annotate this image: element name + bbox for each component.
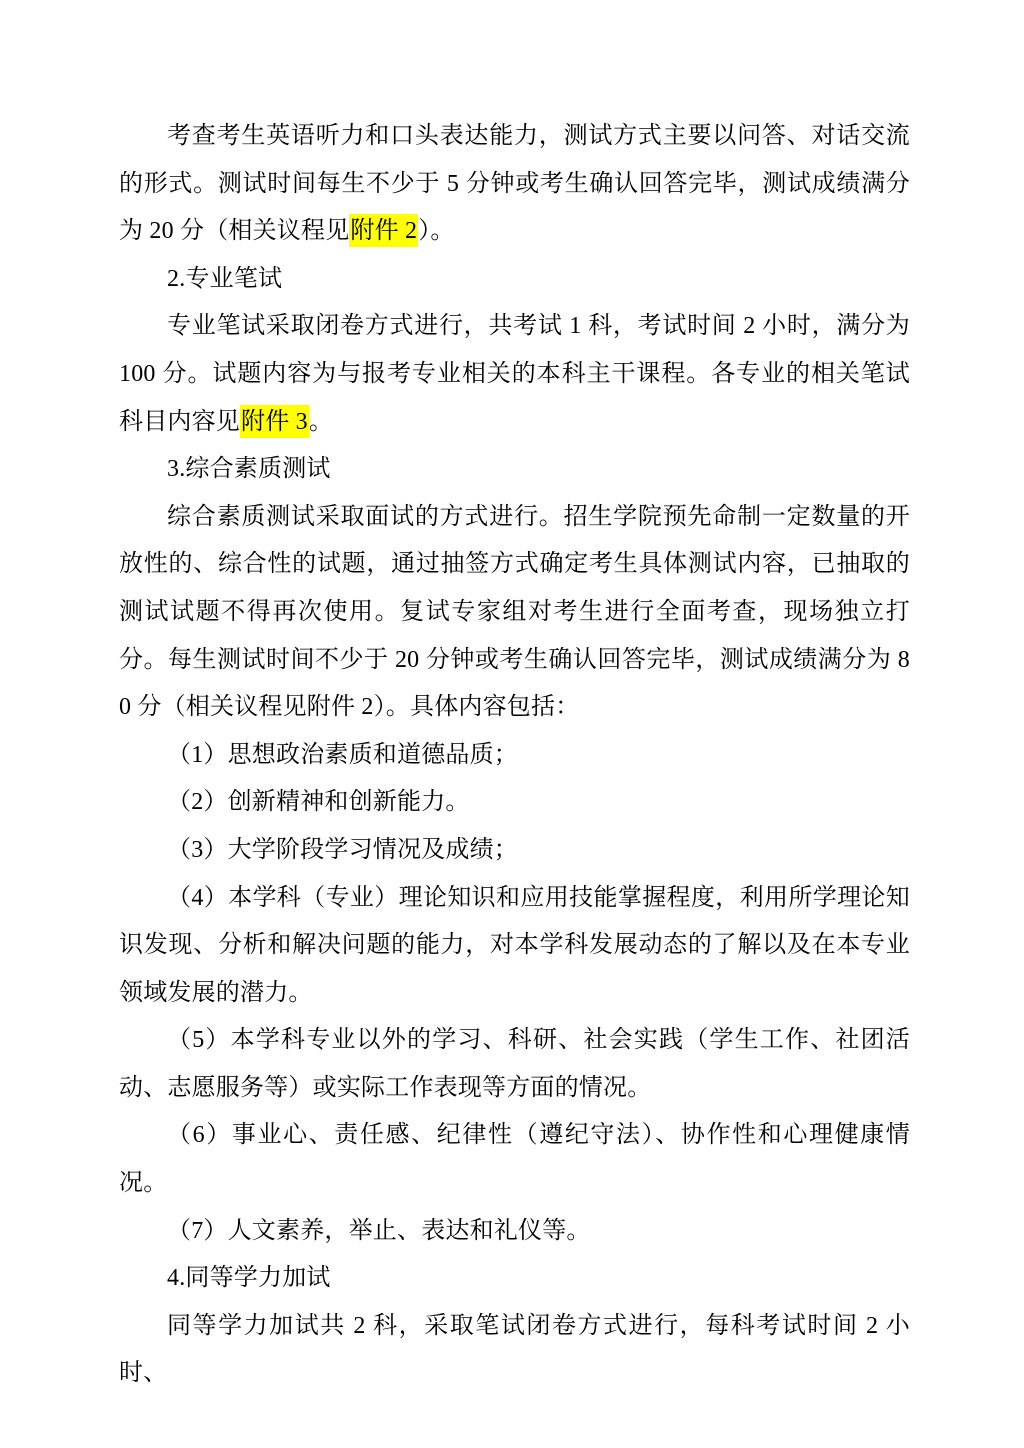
text-segment: （2）创新精神和创新能力。 (167, 789, 470, 815)
list-item-4: （4）本学科（专业）理论知识和应用技能掌握程度，利用所学理论知识发现、分析和解决… (119, 875, 910, 1018)
text-segment: （3）大学阶段学习情况及成绩； (167, 837, 518, 863)
list-item-3: （3）大学阶段学习情况及成绩； (119, 827, 910, 875)
attachment-ref-highlight: 附件 3 (240, 405, 309, 438)
text-segment: 4.同等学力加试 (167, 1265, 331, 1291)
text-segment: （1）思想政治素质和道德品质； (167, 742, 518, 768)
document-page: 考查考生英语听力和口头表达能力，测试方式主要以问答、对话交流的形式。测试时间每生… (0, 0, 1024, 1448)
paragraph-comprehensive-test: 综合素质测试采取面试的方式进行。招生学院预先命制一定数量的开放性的、综合性的试题… (119, 494, 910, 732)
text-segment: （6）事业心、责任感、纪律性（遵纪守法）、协作性和心理健康情况。 (119, 1122, 910, 1196)
text-segment: ）。 (418, 218, 454, 244)
list-item-1: （1）思想政治素质和道德品质； (119, 732, 910, 780)
list-item-2: （2）创新精神和创新能力。 (119, 779, 910, 827)
heading-section-3: 3.综合素质测试 (119, 446, 910, 494)
text-segment: （5）本学科专业以外的学习、科研、社会实践（学生工作、社团活动、志愿服务等）或实… (119, 1027, 910, 1101)
list-item-6: （6）事业心、责任感、纪律性（遵纪守法）、协作性和心理健康情况。 (119, 1112, 910, 1207)
text-segment: 专业笔试采取闭卷方式进行，共考试 1 科，考试时间 2 小时，满分为 100 分… (119, 313, 910, 434)
text-segment: 3.综合素质测试 (167, 456, 331, 482)
paragraph-english-test: 考查考生英语听力和口头表达能力，测试方式主要以问答、对话交流的形式。测试时间每生… (119, 113, 910, 256)
document-body: 考查考生英语听力和口头表达能力，测试方式主要以问答、对话交流的形式。测试时间每生… (119, 113, 910, 1398)
list-item-7: （7）人文素养，举止、表达和礼仪等。 (119, 1208, 910, 1256)
text-segment: 同等学力加试共 2 科，采取笔试闭卷方式进行，每科考试时间 2 小时、 (119, 1313, 910, 1387)
text-segment: 2.专业笔试 (167, 266, 282, 292)
list-item-5: （5）本学科专业以外的学习、科研、社会实践（学生工作、社团活动、志愿服务等）或实… (119, 1017, 910, 1112)
heading-section-2: 2.专业笔试 (119, 256, 910, 304)
attachment-ref-highlight: 附件 2 (349, 214, 418, 247)
text-segment: （4）本学科（专业）理论知识和应用技能掌握程度，利用所学理论知识发现、分析和解决… (119, 885, 910, 1006)
paragraph-equivalent-qualification: 同等学力加试共 2 科，采取笔试闭卷方式进行，每科考试时间 2 小时、 (119, 1303, 910, 1398)
text-segment: （7）人文素养，举止、表达和礼仪等。 (167, 1218, 591, 1244)
paragraph-written-exam: 专业笔试采取闭卷方式进行，共考试 1 科，考试时间 2 小时，满分为 100 分… (119, 303, 910, 446)
text-segment: 考查考生英语听力和口头表达能力，测试方式主要以问答、对话交流的形式。测试时间每生… (119, 123, 910, 244)
text-segment: 。 (309, 409, 333, 435)
heading-section-4: 4.同等学力加试 (119, 1255, 910, 1303)
text-segment: 综合素质测试采取面试的方式进行。招生学院预先命制一定数量的开放性的、综合性的试题… (119, 504, 910, 720)
